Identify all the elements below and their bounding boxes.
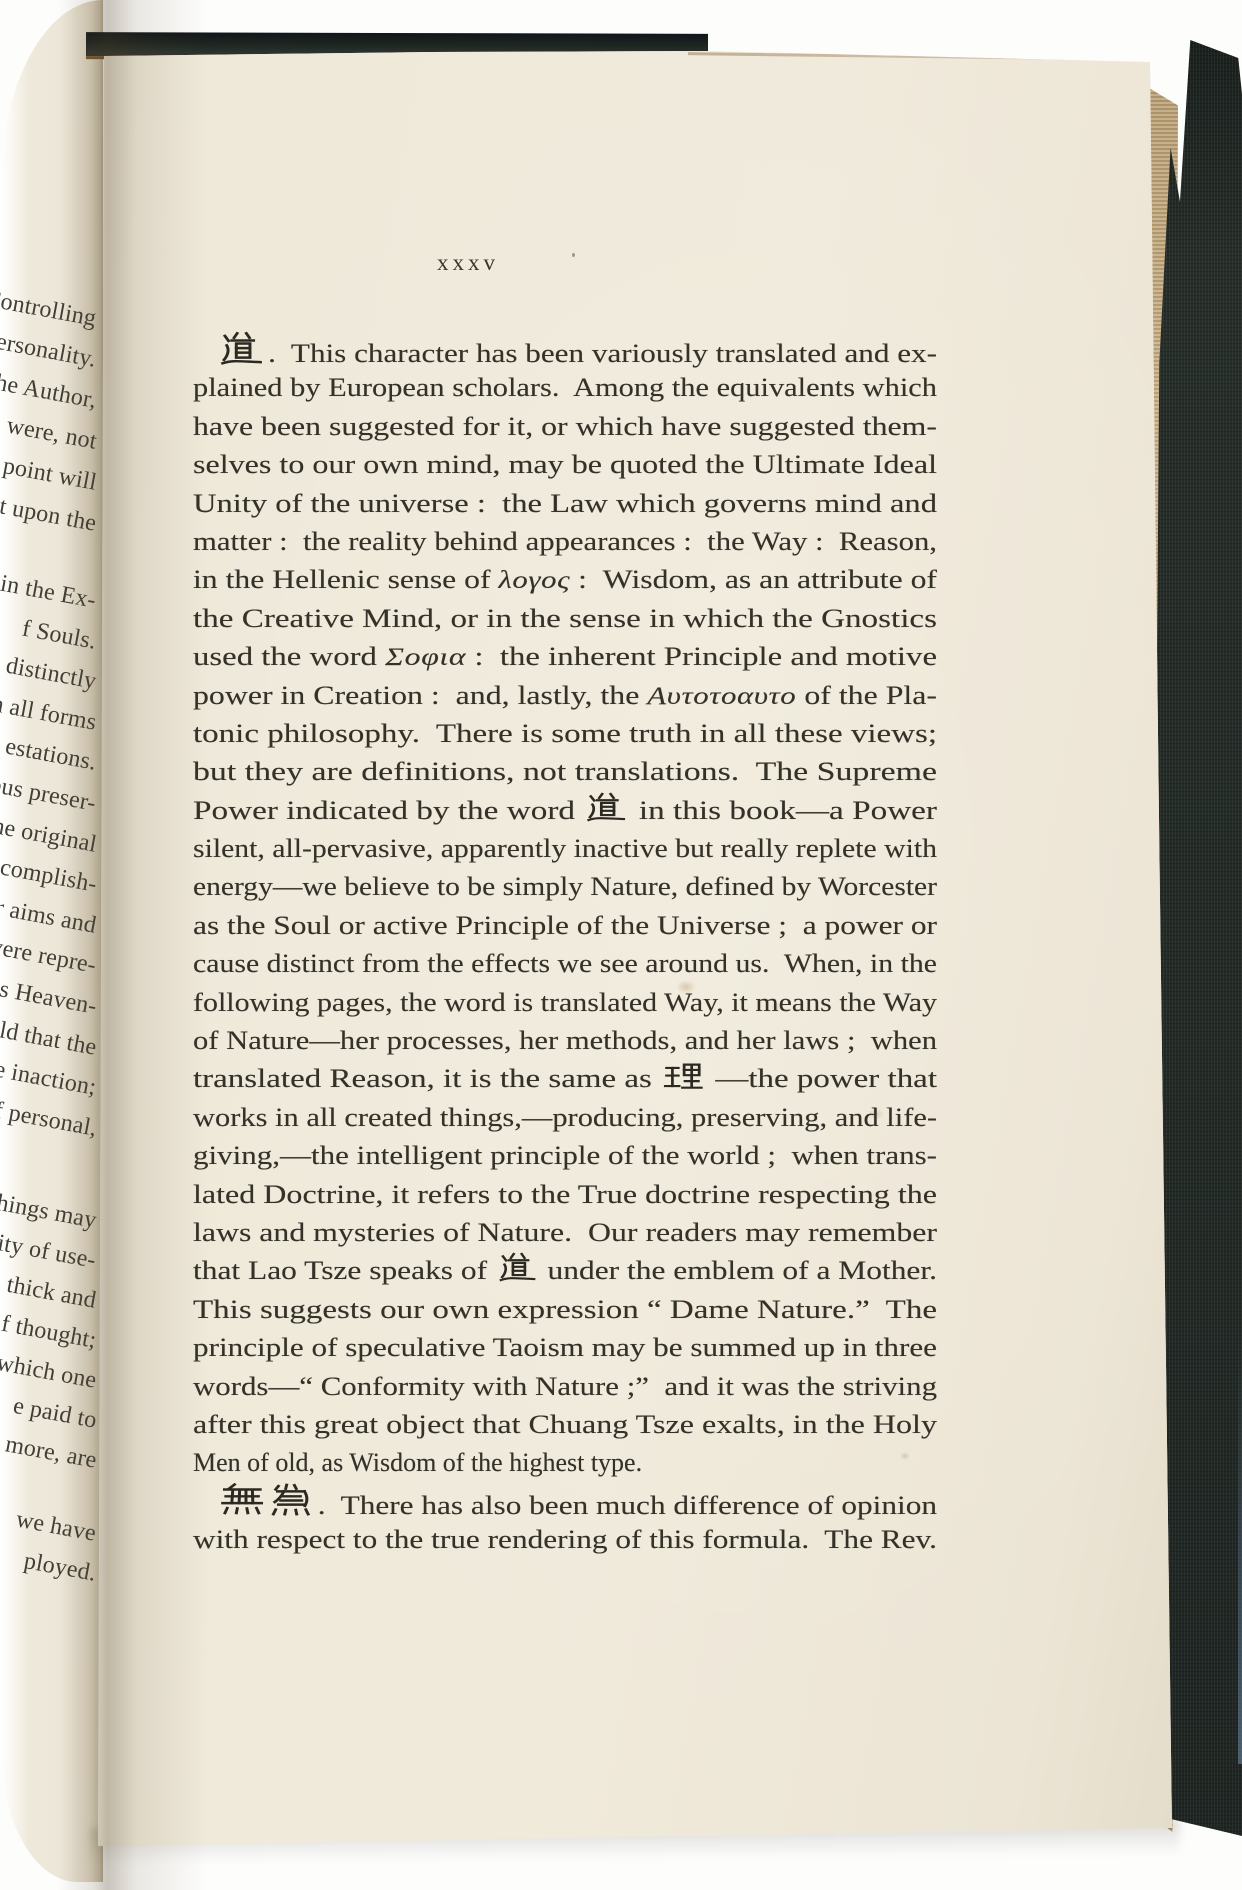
left-page-fragment: ity of use- [0, 1230, 98, 1275]
paper-speck [572, 253, 575, 257]
text-line: with respect to the true rendering of th… [193, 1521, 937, 1559]
left-page-fragment: f Souls. [20, 615, 99, 655]
text-line: . This character has been variously tran… [193, 331, 937, 369]
text-line: the Creative Mind, or in the sense in wh… [193, 600, 937, 638]
text-line: silent, all-pervasive, apparently inacti… [193, 830, 937, 868]
left-page-fragment: ployed. [22, 1548, 98, 1588]
left-page-fragment: hings may [0, 1190, 98, 1235]
left-page-fragment: n thick and [0, 1268, 98, 1314]
text-line: energy—we believe to be simply Nature, d… [193, 868, 937, 906]
text-line: selves to our own mind, may be quoted th… [193, 446, 937, 484]
text-line: after this great object that Chuang Tsze… [193, 1406, 937, 1444]
left-page-fragment: e inaction; [0, 1057, 98, 1102]
text-line: that Lao Tsze speaks of under the emblem… [193, 1252, 937, 1290]
text-line: matter : the reality behind appearances … [193, 523, 937, 561]
cjk-wei-glyph [268, 1483, 314, 1521]
text-line: following pages, the word is translated … [193, 984, 937, 1022]
left-page-fragment: vere repre- [0, 934, 98, 980]
text-line: as the Soul or active Principle of the U… [193, 907, 937, 945]
left-page-fragment: is point will [0, 449, 98, 497]
text-line: principle of speculative Taoism may be s… [193, 1329, 937, 1367]
left-page-fragment: the Author, [0, 368, 98, 414]
left-page-fragment: which one [0, 1350, 98, 1395]
left-page-fragment: estations. [3, 734, 98, 777]
left-page-fragment: e paid to [11, 1393, 99, 1435]
book-page: xxxv . This character has been variously… [0, 0, 1242, 1890]
text-line: . There has also been much difference of… [193, 1483, 937, 1521]
page-top-edge-line [688, 52, 1150, 61]
text-line: of Nature—her processes, her methods, an… [193, 1022, 937, 1060]
text-line: plained by European scholars. Among the … [193, 369, 937, 407]
text-line: cause distinct from the effects we see a… [193, 945, 937, 983]
text-line: in the Hellenic sense of λογος : Wisdom,… [193, 561, 937, 599]
left-page-fragment: lous preser- [0, 770, 98, 817]
text-line: words—“ Conformity with Nature ;” and it… [193, 1368, 937, 1406]
left-page-fragment: ld that the [0, 1017, 98, 1061]
text-line: lated Doctrine, it refers to the True do… [193, 1176, 937, 1214]
left-page-fragment: nd distinctly [0, 647, 98, 696]
left-page-fragment: s Heaven- [0, 976, 98, 1020]
left-page-fragment: f thought; [0, 1311, 98, 1355]
left-page-fragment: more, are [3, 1431, 99, 1474]
cjk-li-glyph [663, 1060, 705, 1093]
text-line: tonic philosophy. There is some truth in… [193, 715, 937, 753]
greek-word: Αυτοτοαυτο [647, 683, 796, 710]
left-page-fragment: we have [14, 1507, 98, 1548]
cjk-dao-glyph [497, 1252, 537, 1285]
left-page-fragment: t upon the [0, 493, 98, 537]
text-line: This suggests our own expression “ Dame … [193, 1291, 937, 1329]
cjk-wu-glyph [219, 1483, 265, 1521]
text-line: laws and mysteries of Nature. Our reader… [193, 1214, 937, 1252]
text-line: Unity of the universe : the Law which go… [193, 485, 937, 523]
left-page-fragment: ch all forms [0, 689, 98, 737]
left-page-fragment: f personal, [0, 1097, 98, 1142]
greek-word: λογος [499, 567, 571, 594]
greek-word: Σοφια [385, 644, 466, 671]
left-page-fragment: Personality. [0, 326, 98, 373]
book-photo: ControllingPersonality.the Author,n were… [0, 0, 1242, 1890]
text-line: translated Reason, it is the same as —th… [193, 1060, 937, 1098]
left-page-edge: ControllingPersonality.the Author,n were… [0, 0, 103, 1882]
left-page-fragment: in the Ex- [0, 571, 98, 615]
text-line: giving,—the intelligent principle of the… [193, 1137, 937, 1175]
text-line: have been suggested for it, or which hav… [193, 408, 937, 446]
left-page-fragment: accomplish- [0, 851, 98, 899]
text-line: used the word Σοφια : the inherent Princ… [193, 638, 937, 676]
text-line: works in all created things,—producing, … [193, 1099, 937, 1137]
text-line: but they are definitions, not translatio… [193, 753, 937, 791]
left-page-fragment: the original [0, 811, 98, 858]
page-number: xxxv [378, 250, 558, 276]
text-line: Power indicated by the word in this book… [193, 792, 937, 830]
left-page-fragment: n were, not [0, 409, 98, 456]
cjk-dao-glyph [219, 331, 265, 369]
text-line: power in Creation : and, lastly, the Αυτ… [193, 677, 937, 715]
left-page-fragment: r aims and [0, 894, 98, 939]
page-text: . This character has been variously tran… [193, 331, 937, 1560]
left-page-fragment: Controlling [0, 286, 98, 333]
text-line: Men of old, as Wisdom of the highest typ… [193, 1444, 937, 1482]
cjk-dao-glyph [586, 792, 628, 825]
